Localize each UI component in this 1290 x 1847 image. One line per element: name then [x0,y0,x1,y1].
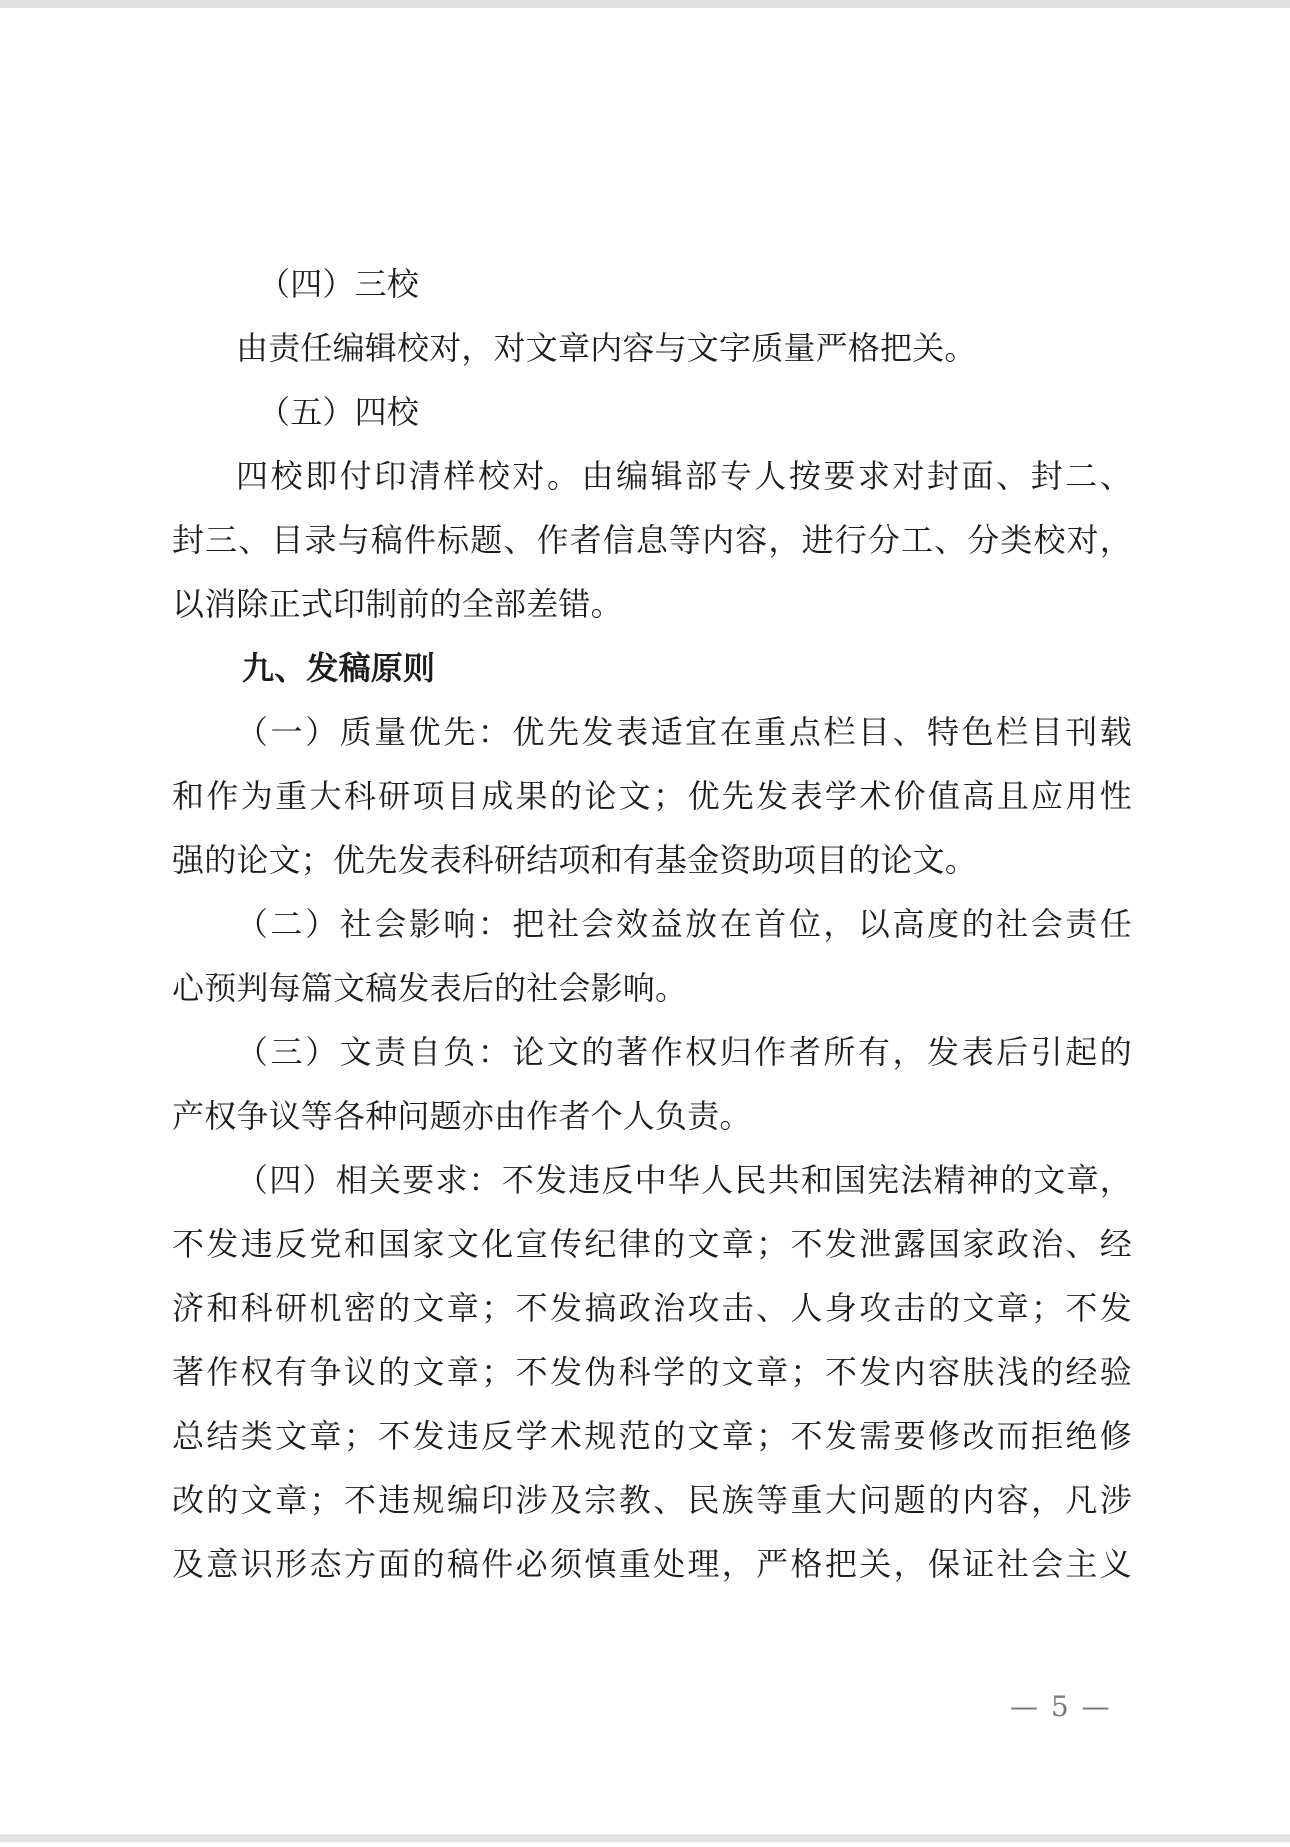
document-page: （四）三校 由责任编辑校对，对文章内容与文字质量严格把关。 （五）四校 四校即付… [172,252,1132,1596]
paragraph-line: 产权争议等各种问题亦由作者个人负责。 [172,1084,1132,1148]
paragraph-line: 封三、目录与稿件标题、作者信息等内容，进行分工、分类校对， [172,508,1132,572]
paragraph-line: 四校即付印清样校对。由编辑部专人按要求对封面、封二、 [172,444,1132,508]
section-heading-publishing-principles: 九、发稿原则 [172,636,1132,700]
top-edge-bar [0,0,1290,8]
paragraph-line: 和作为重大科研项目成果的论文；优先发表学术价值高且应用性 [172,764,1132,828]
sub-heading-fourth-proof: （五）四校 [172,380,1132,444]
paragraph-line: 著作权有争议的文章；不发伪科学的文章；不发内容肤浅的经验 [172,1340,1132,1404]
paragraph-line: 以消除正式印制前的全部差错。 [172,572,1132,636]
paragraph-line: （一）质量优先：优先发表适宜在重点栏目、特色栏目刊载 [172,700,1132,764]
paragraph-line: 由责任编辑校对，对文章内容与文字质量严格把关。 [172,316,1132,380]
bottom-edge-bar [0,1834,1290,1842]
sub-heading-third-proof: （四）三校 [172,252,1132,316]
paragraph-line: 总结类文章；不发违反学术规范的文章；不发需要修改而拒绝修 [172,1404,1132,1468]
page-number: — 5 — [1010,1690,1112,1723]
paragraph-line: 心预判每篇文稿发表后的社会影响。 [172,956,1132,1020]
paragraph-line: 改的文章；不违规编印涉及宗教、民族等重大问题的内容，凡涉 [172,1468,1132,1532]
paragraph-line: （二）社会影响：把社会效益放在首位，以高度的社会责任 [172,892,1132,956]
paragraph-line: （四）相关要求：不发违反中华人民共和国宪法精神的文章， [172,1148,1132,1212]
paragraph-line: 济和科研机密的文章；不发搞政治攻击、人身攻击的文章；不发 [172,1276,1132,1340]
paragraph-line: 不发违反党和国家文化宣传纪律的文章；不发泄露国家政治、经 [172,1212,1132,1276]
paragraph-line: （三）文责自负：论文的著作权归作者所有，发表后引起的 [172,1020,1132,1084]
paragraph-line: 及意识形态方面的稿件必须慎重处理，严格把关，保证社会主义 [172,1532,1132,1596]
paragraph-line: 强的论文；优先发表科研结项和有基金资助项目的论文。 [172,828,1132,892]
